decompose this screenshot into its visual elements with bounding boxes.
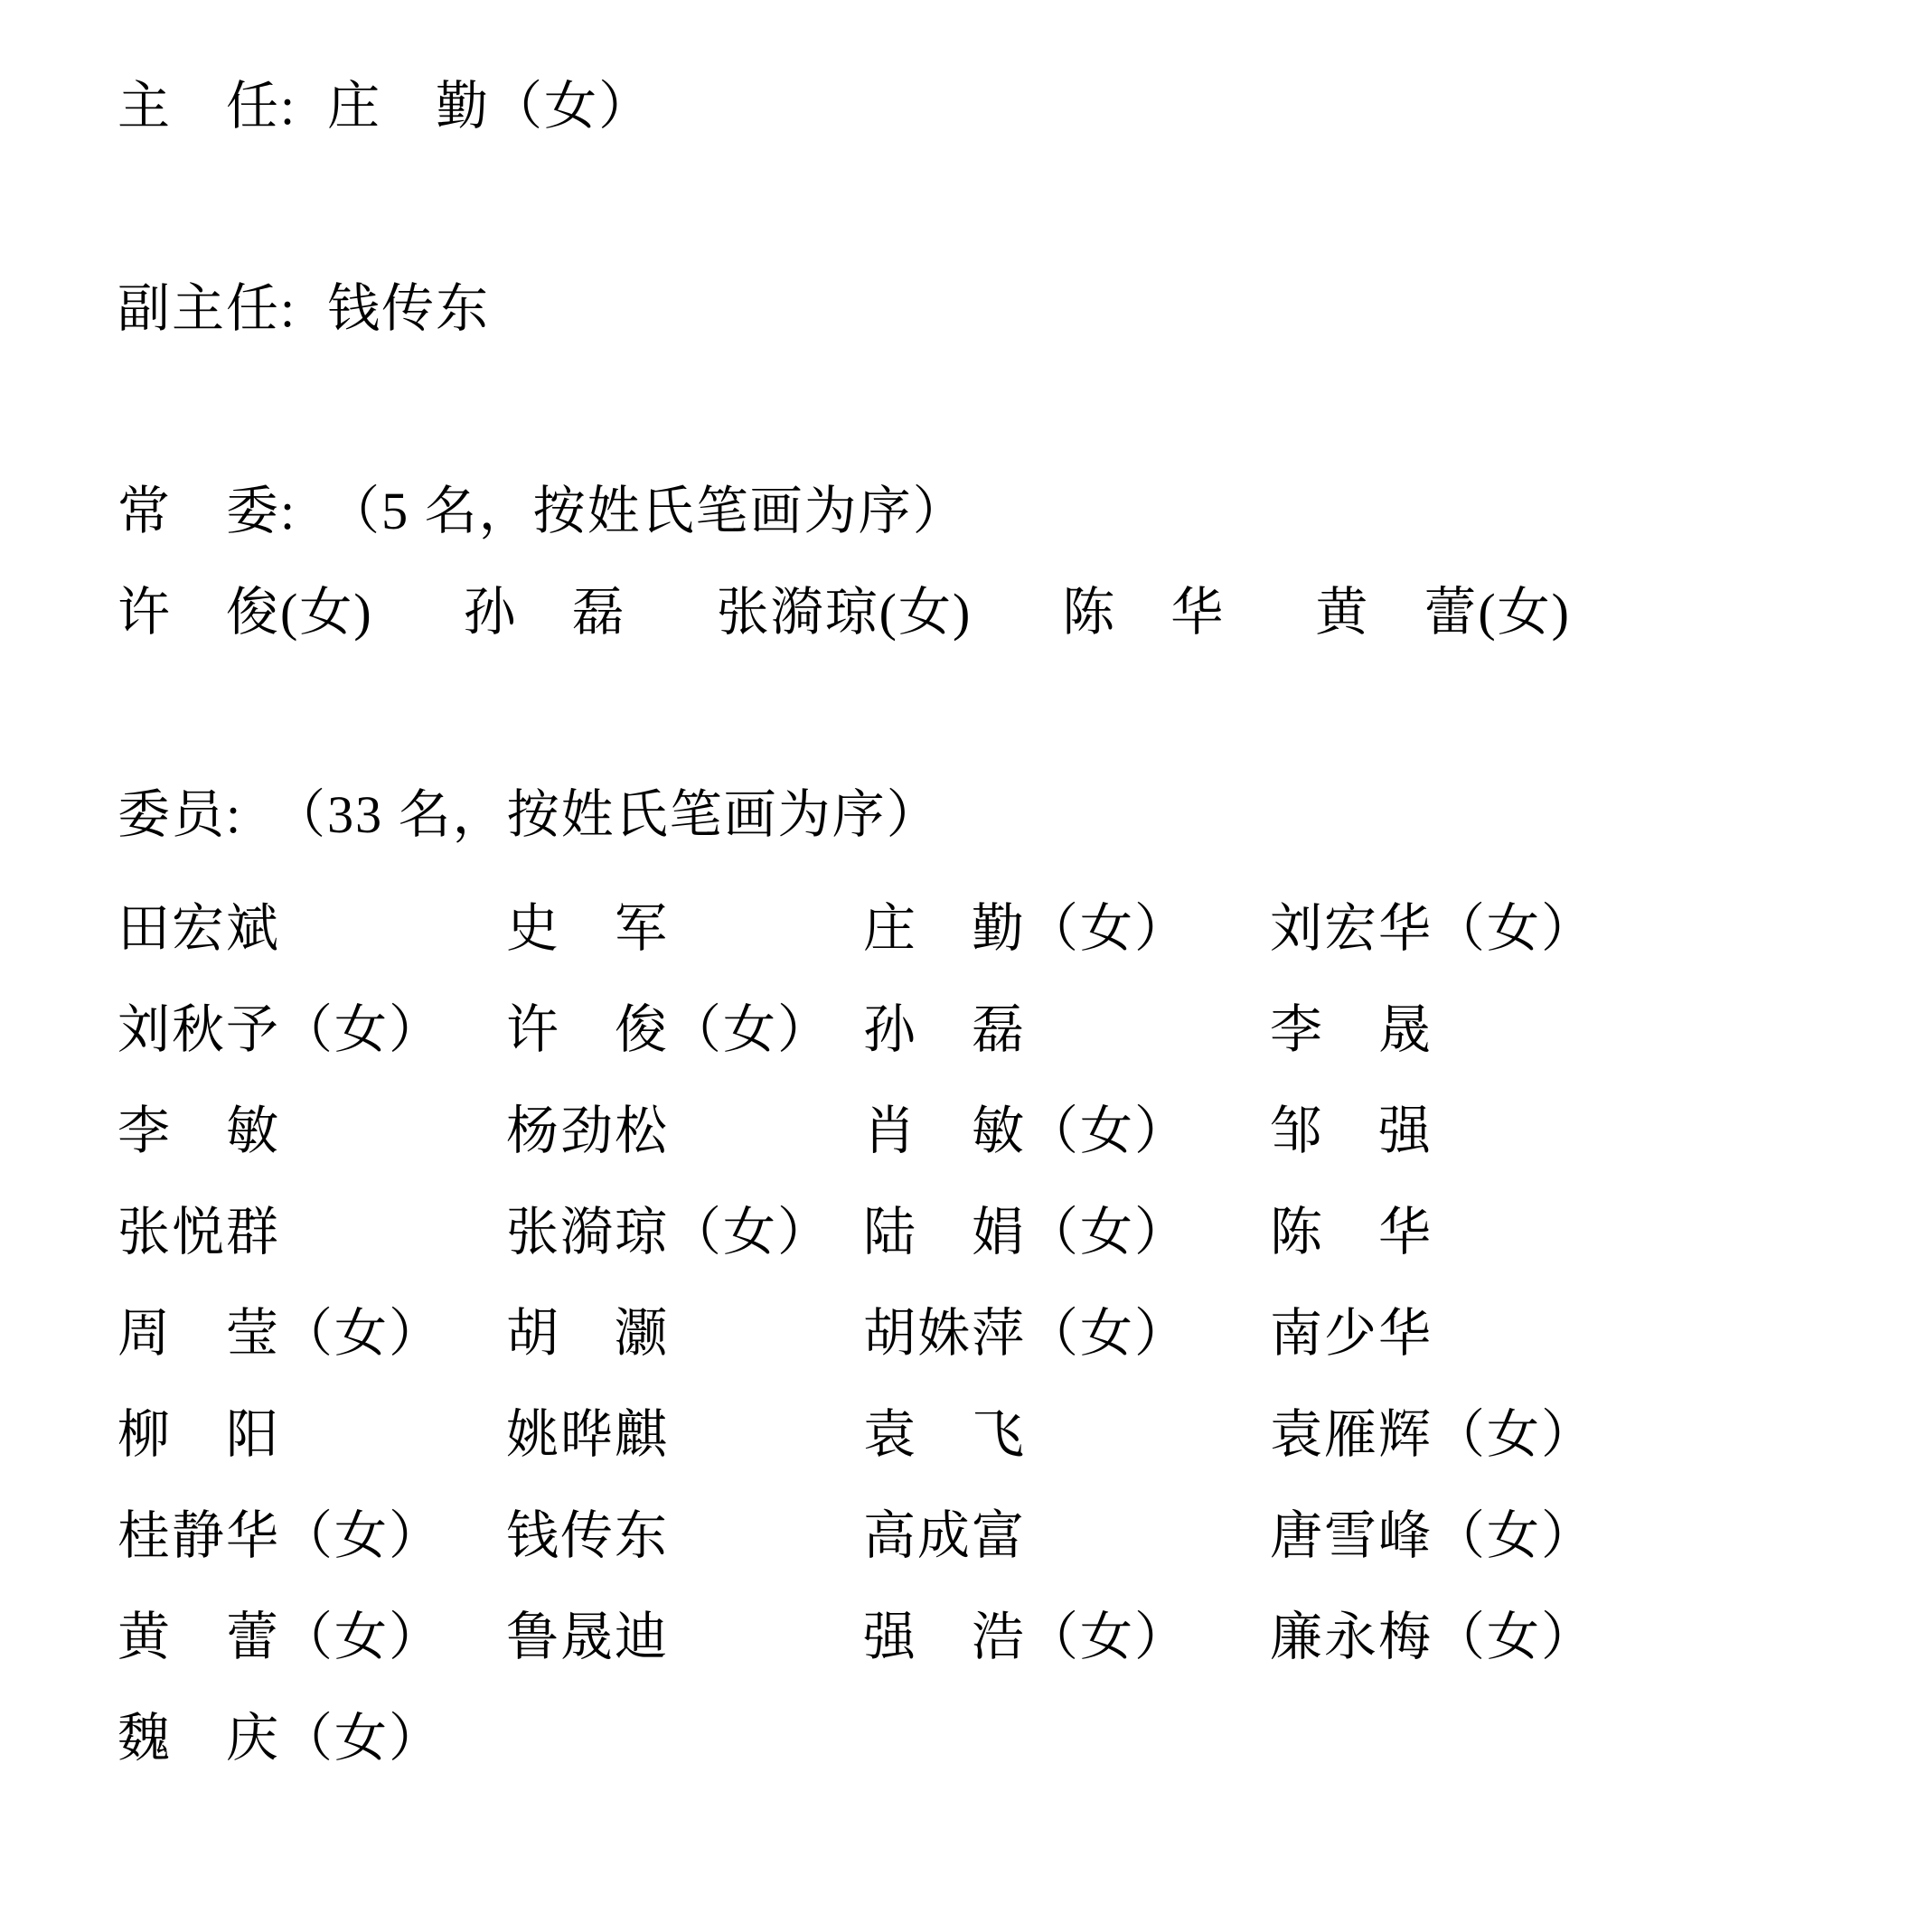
deputy-director-label: 副主任: (117, 279, 296, 338)
deputy-director-name: 钱传东 (327, 279, 490, 338)
committee-member-name: 李 敏 (117, 1081, 506, 1182)
committee-member-name: 黄 蕾（女） (117, 1587, 506, 1688)
director-label: 主 任: (117, 77, 296, 136)
committee-member-name: 田宏斌 (117, 878, 506, 980)
deputy-director-line: 副主任:钱传东 (117, 258, 1800, 360)
committee-member-name: 南少华 (1270, 1283, 1800, 1384)
blank-line (117, 157, 1800, 258)
standing-member-name: 黄 蕾(女) (1315, 562, 1571, 663)
blank-line (117, 663, 1800, 764)
committee-members-label: 委员: (117, 785, 242, 844)
committee-member-name: 孙 磊 (863, 980, 1270, 1081)
committee-member-name: 袁雁辉（女） (1270, 1384, 1800, 1486)
committee-member-name: 许 俊（女） (506, 980, 863, 1081)
standing-committee-label: 常 委: (117, 482, 296, 540)
director-line: 主 任:庄 勤（女） (117, 56, 1800, 157)
committee-member-name: 刘秋予（女） (117, 980, 506, 1081)
committee-member-name: 史 军 (506, 878, 863, 980)
committee-members-note: （33 名，按姓氏笔画为序） (273, 785, 941, 844)
standing-member-name: 张漪琼(女) (717, 562, 973, 663)
committee-member-name: 高成富 (863, 1486, 1270, 1587)
committee-member-name: 廉永梅（女） (1270, 1587, 1800, 1688)
committee-member-name: 陈 华 (1270, 1182, 1800, 1283)
committee-member-name: 袁 飞 (863, 1384, 1270, 1486)
committee-member-name: 桂静华（女） (117, 1486, 506, 1587)
committee-member-name: 肖 敏（女） (863, 1081, 1270, 1182)
committee-member-name: 邹 强 (1270, 1081, 1800, 1182)
committee-member-name: 张悦群 (117, 1182, 506, 1283)
standing-member-name: 陈 华 (1062, 562, 1225, 663)
committee-member-name: 李 晟 (1270, 980, 1800, 1081)
committee-member-name: 唐雪峰（女） (1270, 1486, 1800, 1587)
standing-member-name: 孙 磊 (464, 562, 626, 663)
committee-member-name: 柳 阳 (117, 1384, 506, 1486)
committee-member-name: 魏 庆（女） (117, 1688, 506, 1789)
standing-member-name: 许 俊(女) (117, 562, 373, 663)
committee-member-name: 胡 灏 (506, 1283, 863, 1384)
committee-members-header: 委员:（33 名，按姓氏笔画为序） (117, 764, 1800, 866)
director-name: 庄 勤（女） (327, 77, 653, 136)
committee-members-grid: 田宏斌史 军庄 勤（女）刘宏华（女）刘秋予（女）许 俊（女）孙 磊李 晟李 敏杨… (117, 878, 1800, 1789)
committee-member-name: 周 莹（女） (117, 1283, 506, 1384)
committee-member-name: 刘宏华（女） (1270, 878, 1800, 980)
committee-member-name: 胡姝萍（女） (863, 1283, 1270, 1384)
blank-line (117, 360, 1800, 461)
standing-committee-note: （5 名，按姓氏笔画为序） (327, 482, 967, 540)
standing-committee-members: 许 俊(女)孙 磊张漪琼(女)陈 华黄 蕾(女) (117, 562, 1800, 663)
committee-member-name: 陆 娟（女） (863, 1182, 1270, 1283)
committee-member-name: 鲁晟迪 (506, 1587, 863, 1688)
committee-member-name: 庄 勤（女） (863, 878, 1270, 980)
standing-committee-header: 常 委:（5 名，按姓氏笔画为序） (117, 461, 1800, 562)
committee-member-name: 姚晔麒 (506, 1384, 863, 1486)
committee-member-name: 强 浩（女） (863, 1587, 1270, 1688)
committee-member-name: 杨劲松 (506, 1081, 863, 1182)
committee-member-name: 钱传东 (506, 1486, 863, 1587)
document-page: 主 任:庄 勤（女） 副主任:钱传东 常 委:（5 名，按姓氏笔画为序） 许 俊… (0, 0, 1917, 1932)
committee-member-name: 张漪琼（女） (506, 1182, 863, 1283)
